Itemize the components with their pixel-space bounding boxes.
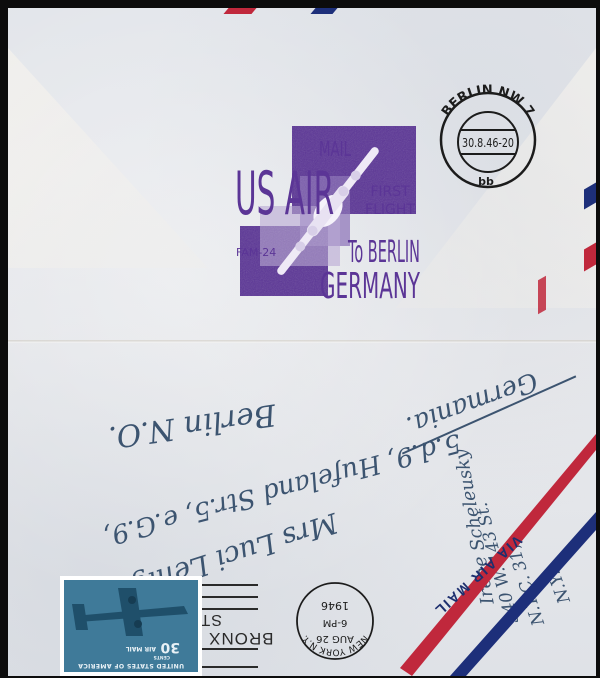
fold-crease <box>8 340 596 343</box>
svg-text:GERMANY: GERMANY <box>320 266 421 302</box>
svg-text:FLIGHT: FLIGHT <box>365 202 415 218</box>
svg-text:MAIL: MAIL <box>319 137 352 161</box>
svg-text:6-PM: 6-PM <box>323 617 348 628</box>
svg-text:US AIR: US AIR <box>235 159 334 229</box>
svg-text:1946: 1946 <box>321 599 349 612</box>
first-flight-cachet: US AIR MAIL FAM-24 FIRST FLIGHT To BERLI… <box>230 116 422 302</box>
airplane-icon <box>64 580 198 644</box>
airplane-icon: US AIR MAIL FAM-24 FIRST FLIGHT To BERLI… <box>230 116 422 302</box>
border-stripe-red <box>223 8 256 14</box>
airmail-stamp: UNITED STATES OF AMERICA CENTS 30 AIR MA… <box>60 576 202 676</box>
envelope: US AIR MAIL FAM-24 FIRST FLIGHT To BERLI… <box>8 8 596 676</box>
new-york-postmark: NEW YORK N.Y. AUG 26 6-PM 1946 <box>290 576 380 666</box>
berlin-postmark: BERLIN NW 7 30.8.46-20 bb <box>428 84 548 189</box>
svg-text:bb: bb <box>478 175 494 188</box>
svg-text:FIRST: FIRST <box>370 184 410 200</box>
svg-text:AUG 26: AUG 26 <box>316 633 354 644</box>
border-stripe-red <box>538 276 546 315</box>
svg-text:FAM-24: FAM-24 <box>236 246 276 259</box>
svg-text:30.8.46-20: 30.8.46-20 <box>462 136 514 150</box>
svg-text:To BERLIN: To BERLIN <box>348 235 420 270</box>
svg-text:BERLIN NW 7: BERLIN NW 7 <box>439 84 537 119</box>
